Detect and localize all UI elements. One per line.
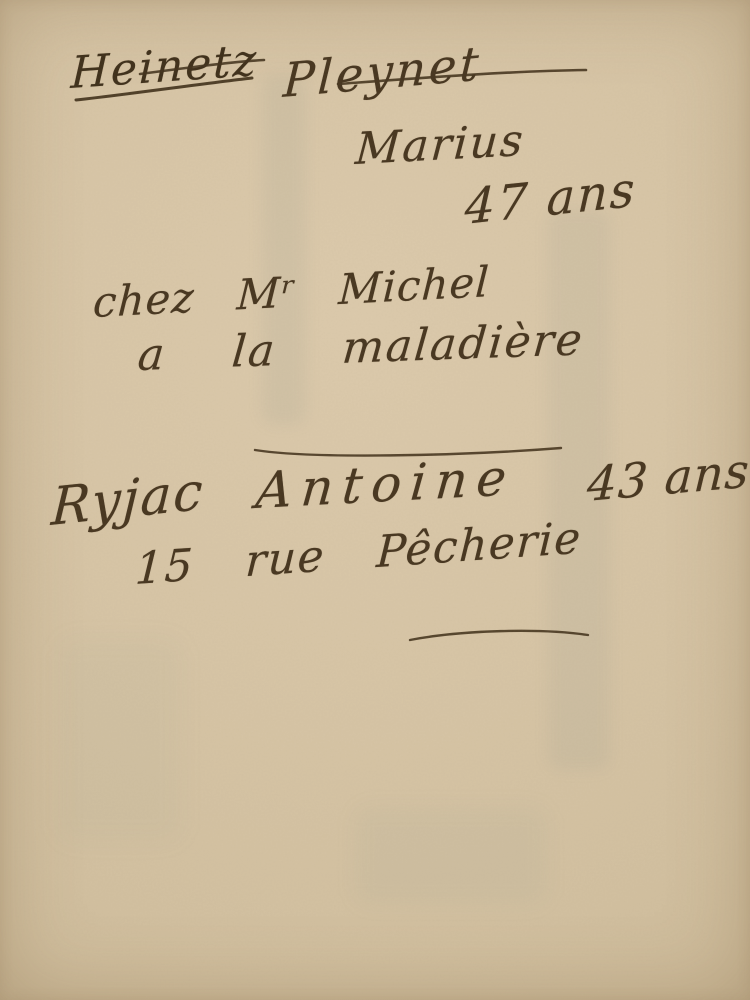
entry1-age: 47 ans: [464, 166, 637, 232]
ink-showthrough-patch: [356, 808, 546, 903]
entry1-crossed-out-name: Heinetz: [70, 39, 259, 96]
ink-showthrough-patch: [60, 640, 180, 840]
separator-line-2: [410, 631, 588, 640]
entry1-first-name: Marius: [354, 119, 526, 172]
handwritten-note-page: Heinetz Pleynet Marius 47 ans chez Mʳ Mi…: [0, 0, 750, 1000]
entry1-surname: Pleynet: [282, 40, 483, 105]
entry1-residence-line1: chez Mʳ Michel: [92, 261, 491, 324]
entry2-age: 43 ans: [586, 447, 750, 509]
entry2-surname: Ryjac: [50, 465, 206, 534]
entry1-residence-line2: a la maladière: [136, 318, 586, 378]
entry2-first-name: Antoine: [254, 452, 517, 516]
entry2-address: 15 rue Pêcherie: [134, 517, 583, 592]
